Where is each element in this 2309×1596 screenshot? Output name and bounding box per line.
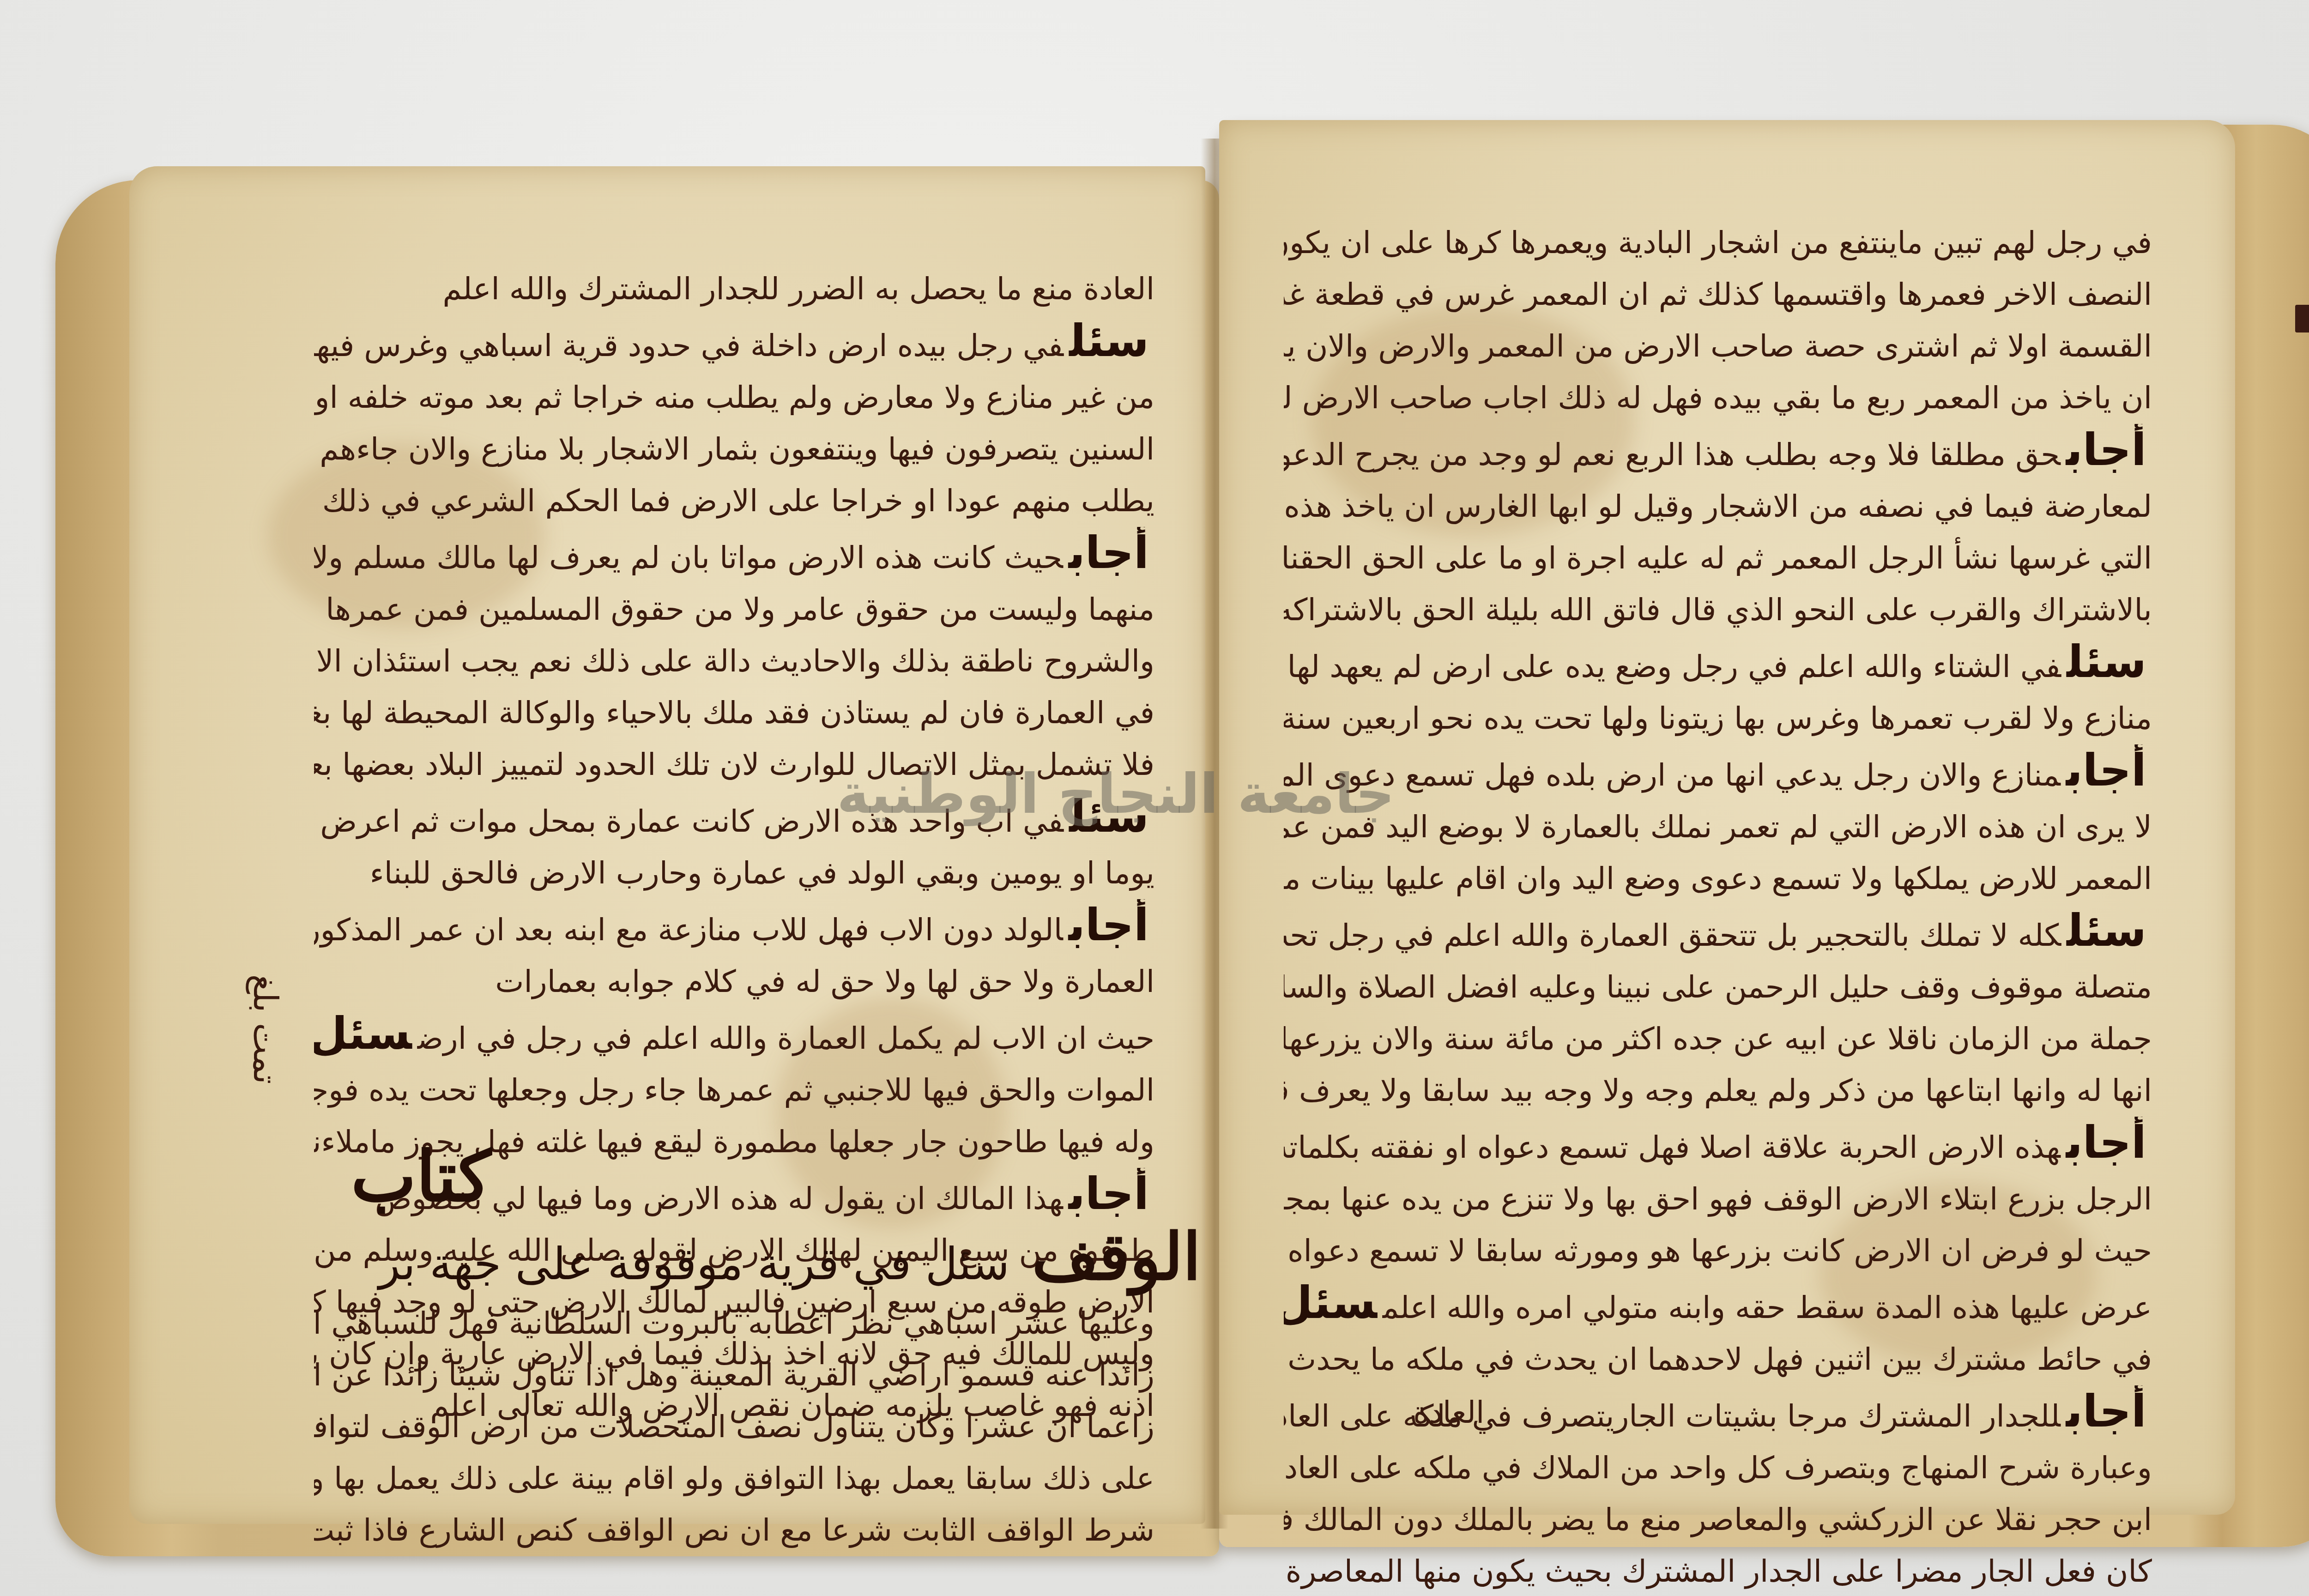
leather-binding-tab [2295, 305, 2309, 332]
keyword-suil: سئل [1064, 315, 1154, 367]
keyword-ajab: أجاب [1063, 899, 1154, 951]
section-heading-kitab: كتاب [351, 1136, 491, 1217]
text-line: لمعارضة فيما في نصفه من الاشجار وقيل لو … [1284, 481, 2152, 532]
keyword-ajab: أجاب [2061, 1117, 2152, 1168]
keyword-suil: سئل [314, 1008, 417, 1059]
text-line: حيث لو فرض ان الارض كانت بزرعها هو ومورث… [1284, 1225, 2152, 1277]
text-line: متصلة موقوف وقف حليل الرحمن على نبينا وع… [1284, 961, 2152, 1013]
text-line: العادة منع ما يحصل به الضرر للجدار المشت… [314, 263, 1154, 315]
text-line: التي غرسها نشأ الرجل المعمر ثم له عليه ا… [1284, 532, 2152, 584]
text-line: النصف الاخر فعمرها واقتسمها كذلك ثم ان ا… [1284, 269, 2152, 320]
text-line: زائدا عنه قسمو اراضي القرية المعينة وهل … [314, 1349, 1154, 1401]
keyword-ajab: أجاب [2061, 424, 2152, 476]
text-line: جملة من الزمان ناقلا عن ابيه عن جده اكثر… [1284, 1013, 2152, 1065]
left-page-text-lower: وعليها عشر اسباهي نظر اعطابه بالبروت الس… [314, 1298, 1154, 1556]
section-heading-waqf: الوقف سئل في قرية موقوفة على جهة بر [379, 1219, 1201, 1295]
text-line: أجابالولد دون الاب فهل للاب منازعة مع اب… [314, 899, 1154, 956]
text-line: وعليها عشر اسباهي نظر اعطابه بالبروت الس… [314, 1298, 1154, 1349]
catchword: العادة [1413, 1395, 1484, 1430]
text-line: المعمر للارض يملكها ولا تسمع دعوى وضع ال… [1284, 853, 2152, 905]
text-line: الرجل بزرع ابتلاء الارض الوقف فهو احق به… [1284, 1173, 2152, 1225]
text-line: كان فعل الجار مضرا على الجدار المشترك بح… [1284, 1546, 2152, 1596]
keyword-ajab: أجاب [2061, 1385, 2152, 1437]
text-line: والشروح ناطقة بذلك والاحاديث دالة على ذل… [314, 635, 1154, 687]
text-line: وعبارة شرح المنهاج وبتصرف كل واحد من الم… [1284, 1442, 2152, 1494]
right-page-text: في رجل لهم تبين ماينتفع من اشجار البادية… [1284, 217, 2152, 1596]
text-line: أجابحيث كانت هذه الارض مواتا بان لم يعرف… [314, 527, 1154, 584]
text-line: منهما وليست من حقوق عامر ولا من حقوق الم… [314, 584, 1154, 635]
university-watermark: جامعة النجاح الوطنية [1062, 762, 1395, 831]
text-line: أجابمنازع والان رجل يدعي انها من ارض بلد… [1284, 744, 2152, 801]
text-line: زاعما ان عشرا وكان يتناول نصف المتحصلات … [314, 1401, 1154, 1453]
section-subtitle: سئل في قرية موقوفة على جهة بر [379, 1238, 1009, 1290]
margin-note: تمت بلغ [203, 974, 286, 1084]
keyword-ajab: أجاب [2061, 744, 2152, 796]
text-line: ان ياخذ من المعمر ربع ما بقي بيده فهل له… [1284, 372, 2152, 424]
left-page: العادة منع ما يحصل به الضرر للجدار المشت… [129, 166, 1205, 1524]
keyword-ajab: أجاب [1063, 1168, 1154, 1220]
text-line: الموات والحق فيها للاجنبي ثم عمرها جاء ر… [314, 1064, 1154, 1116]
text-line: انها له وانها ابتاعها من ذكر ولم يعلم وج… [1284, 1065, 2152, 1117]
text-line: من غير منازع ولا معارض ولم يطلب منه خراج… [314, 372, 1154, 423]
text-line: في رجل لهم تبين ماينتفع من اشجار البادية… [1284, 217, 2152, 269]
text-line: أجابحق مطلقا فلا وجه بطلب هذا الربع نعم … [1284, 424, 2152, 481]
text-line: عرض عليها هذه المدة سقط حقه وابنه متولي … [1284, 1277, 2152, 1334]
keyword-suil: سئل [2061, 636, 2152, 688]
keyword-ajab: أجاب [1063, 527, 1154, 579]
text-line: يوما او يومين وبقي الولد في عمارة وحارب … [314, 847, 1154, 899]
text-line: شرط الواقف الثابت شرعا مع ان نص الواقف ك… [314, 1505, 1154, 1556]
text-line: في العمارة فان لم يستاذن فقد ملك بالاحيا… [314, 687, 1154, 739]
text-line: السنين يتصرفون فيها وينتفعون بثمار الاشج… [314, 423, 1154, 475]
text-line: العمارة ولا حق لها ولا حق له في كلام جوا… [314, 956, 1154, 1008]
text-line: لا يرى ان هذه الارض التي لم تعمر نملك با… [1284, 801, 2152, 853]
text-line: منازع ولا لقرب تعمرها وغرس بها زيتونا ول… [1284, 693, 2152, 744]
text-line: سئلفي رجل بيده ارض داخلة في حدود قرية اس… [314, 315, 1154, 372]
text-line: بالاشتراك والقرب على النحو الذي قال فاتق… [1284, 584, 2152, 636]
text-line: حيث ان الاب لم يكمل العمارة والله اعلم ف… [314, 1008, 1154, 1064]
text-line: أجابهذه الارض الحربة علاقة اصلا فهل تسمع… [1284, 1117, 2152, 1173]
text-line: على ذلك سابقا يعمل بهذا التوافق ولو اقام… [314, 1453, 1154, 1505]
text-line: في حائط مشترك بين اثنين فهل لاحدهما ان ي… [1284, 1334, 2152, 1385]
text-line: سئلكله لا تملك بالتحجير بل تتحقق العمارة… [1284, 905, 2152, 961]
keyword-suil: سئل [2061, 905, 2152, 956]
text-line: ابن حجر نقلا عن الزركشي والمعاصر منع ما … [1284, 1494, 2152, 1546]
text-line: القسمة اولا ثم اشترى حصة صاحب الارض من ا… [1284, 320, 2152, 372]
text-line: سئلفي الشتاء والله اعلم في رجل وضع يده ع… [1284, 636, 2152, 693]
keyword-suil: سئل [1284, 1277, 1383, 1329]
text-line: يطلب منهم عودا او خراجا على الارض فما ال… [314, 475, 1154, 527]
